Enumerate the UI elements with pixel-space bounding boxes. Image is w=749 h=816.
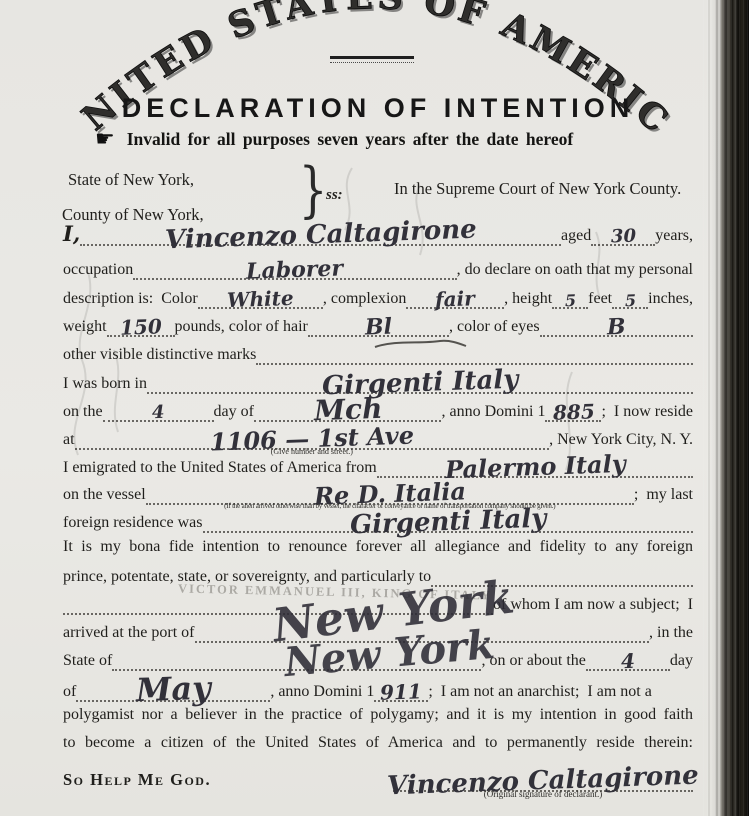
of-label: of: [63, 684, 76, 702]
birthplace-line: I was born in Girgenti Italy: [63, 368, 693, 394]
on-the-label: on the: [63, 404, 103, 422]
height-inches-field: 5: [612, 283, 648, 309]
arrival-year-field: 911: [374, 674, 428, 702]
venue-state: State of New York,: [68, 170, 194, 190]
manicule-icon: ☛: [95, 128, 115, 150]
address-value: 1106 — 1st Ave: [210, 435, 414, 442]
at-label: at: [63, 432, 75, 450]
weight-value: 150: [120, 326, 162, 327]
validity-notice: Invalid for all purposes seven years aft…: [127, 129, 573, 150]
weight-field: 150: [107, 311, 175, 337]
signature-wrap: Vincenzo Caltagirone (Original signature…: [393, 760, 693, 790]
bona-fide-text: It is my bona fide intention to renounce…: [63, 537, 693, 556]
residence-value: Girgenti Italy: [350, 519, 546, 526]
occupation-value: Laborer: [246, 268, 343, 271]
age-field: 30: [591, 218, 655, 246]
marks-line: other visible distinctive marks: [63, 341, 693, 365]
signature-line: So Help Me God. Vincenzo Caltagirone (Or…: [63, 760, 693, 790]
age-value: 30: [611, 237, 636, 238]
anno-domini-label: , anno Domini 1: [441, 404, 545, 422]
port-label: arrived at the port of: [63, 625, 195, 643]
address-line: at 1106 — 1st Ave (Give number and stree…: [63, 424, 693, 450]
weight-label: weight: [63, 319, 107, 337]
validity-notice-row: ☛ Invalid for all purposes seven years a…: [95, 128, 573, 150]
address-field: 1106 — 1st Ave (Give number and street.): [75, 422, 550, 450]
state-label: State of: [63, 653, 112, 671]
signature-field: Vincenzo Caltagirone (Original signature…: [393, 760, 693, 792]
document-page: UNITED STATES OF AMERICA UNITED STATES O…: [0, 0, 749, 816]
emigrated-from-field: Palermo Italy: [377, 450, 693, 478]
color-value: White: [227, 298, 294, 300]
arrival-year-value: 911: [380, 691, 422, 692]
signature-value: Vincenzo Caltagirone: [387, 776, 699, 787]
prince-line: prince, potentate, state, or sovereignty…: [63, 563, 693, 587]
birth-year-value: 885: [553, 411, 595, 412]
emigrated-label: I emigrated to the United States of Amer…: [63, 460, 377, 478]
day-of-label: day of: [214, 404, 254, 422]
years-label: years,: [655, 228, 693, 246]
hair-label: pounds, color of hair: [175, 319, 308, 337]
complexion-value: fair: [435, 298, 475, 299]
aged-label: aged: [561, 228, 591, 246]
eyes-label: , color of eyes: [449, 319, 540, 337]
born-label: I was born in: [63, 376, 147, 394]
complexion-field: fair: [406, 283, 504, 309]
marks-field: [256, 339, 693, 365]
ornamental-rule: [330, 56, 414, 63]
eyes-value: B: [607, 327, 626, 328]
vessel-line: on the vessel Re D. Italia (If the alien…: [63, 479, 693, 505]
signature-note: (Original signature of declarant.): [484, 790, 602, 800]
birth-year-field: 885: [545, 394, 601, 422]
on-or-about-label: , on or about the: [481, 653, 585, 671]
marks-label: other visible distinctive marks: [63, 347, 256, 365]
now-reside-text: ; I now reside: [601, 404, 693, 422]
name-value: Vincenzo Caltagirone: [165, 230, 477, 241]
so-help-label: So Help Me God.: [63, 772, 211, 791]
citizen-text: to become a citizen of the United States…: [63, 733, 693, 752]
i-label: I,: [63, 223, 80, 246]
hair-value: Bl: [365, 327, 392, 328]
birth-month-field: Mch: [254, 394, 441, 422]
weight-line: weight 150 pounds, color of hair Bl , co…: [63, 313, 693, 337]
height-feet-field: 5: [552, 283, 588, 309]
description-line: description is: Color White , complexion…: [63, 285, 693, 309]
eyes-field: B: [540, 311, 693, 337]
venue-ss: ss:: [326, 187, 343, 204]
inches-label: inches,: [648, 291, 693, 309]
arrival-month-field: May: [76, 674, 270, 702]
arrival-date-line: of May , anno Domini 1 911 ; I am not an…: [63, 676, 693, 702]
name-line: I, Vincenzo Caltagirone aged 30 years,: [63, 220, 693, 246]
description-label: description is: Color: [63, 291, 198, 309]
declare-text: , do declare on oath that my personal: [457, 262, 693, 280]
residence-field: Girgenti Italy: [203, 505, 694, 533]
residence-label: foreign residence was: [63, 515, 203, 533]
birth-month-value: Mch: [314, 409, 382, 411]
color-field: White: [198, 283, 323, 309]
anno-domini-2-label: , anno Domini 1: [270, 684, 374, 702]
arrival-day-field: 4: [586, 645, 670, 671]
my-last-text: ; my last: [634, 487, 693, 505]
birthplace-field: Girgenti Italy: [147, 366, 693, 394]
occupation-label: occupation: [63, 262, 133, 280]
arrival-month-value: May: [136, 688, 211, 691]
height-label: , height: [504, 291, 552, 309]
city-text: , New York City, N. Y.: [549, 432, 693, 450]
occupation-line: occupation Laborer , do declare on oath …: [63, 256, 693, 280]
birthdate-line: on the 4 day of Mch , anno Domini 1 885 …: [63, 396, 693, 422]
venue-brace: }: [299, 160, 328, 220]
court-name: In the Supreme Court of New York County.: [394, 179, 681, 199]
residence-line: foreign residence was Girgenti Italy: [63, 507, 693, 533]
feet-label: feet: [588, 291, 612, 309]
birth-day-field: 4: [103, 394, 214, 422]
polygamist-text: polygamist nor a believer in the practic…: [63, 705, 693, 724]
day-label: day: [670, 653, 693, 671]
vessel-field: Re D. Italia (If the alien arrived other…: [146, 477, 634, 505]
page-title: DECLARATION OF INTENTION: [48, 93, 708, 124]
vessel-value: Re D. Italia: [314, 491, 466, 496]
vessel-label: on the vessel: [63, 487, 146, 505]
occupation-field: Laborer: [133, 254, 456, 280]
name-field: Vincenzo Caltagirone: [80, 218, 561, 246]
emigrated-from-value: Palermo Italy: [445, 464, 626, 470]
book-binding-edge: [703, 0, 749, 816]
anarchist-text: ; I am not an anarchist; I am not a: [428, 684, 651, 702]
emigrated-line: I emigrated to the United States of Amer…: [63, 452, 693, 478]
subject-text: of whom I am now a subject; I: [493, 597, 693, 615]
complexion-label: , complexion: [323, 291, 407, 309]
birthplace-value: Girgenti Italy: [322, 380, 518, 387]
in-the-text: , in the: [649, 625, 693, 643]
hair-field: Bl: [308, 311, 449, 337]
